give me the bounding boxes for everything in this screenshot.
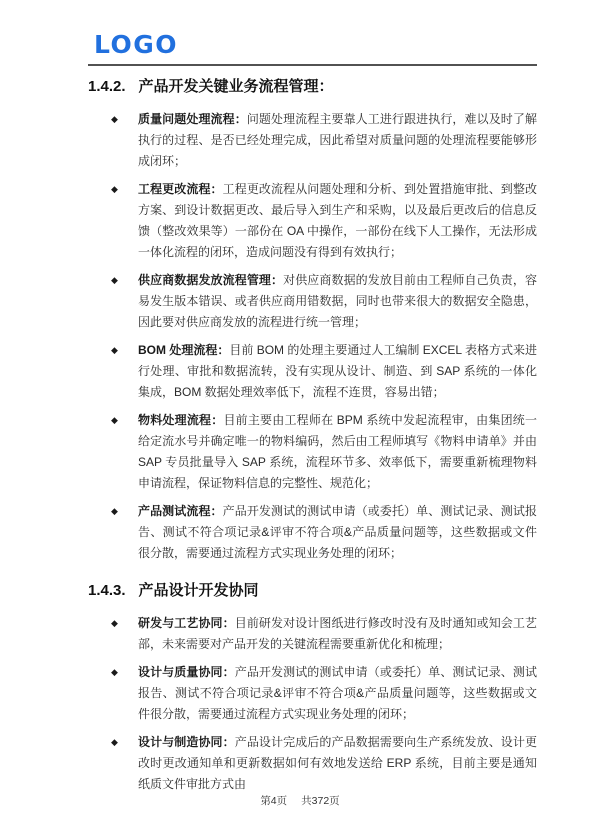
total-pages: 共372页 (301, 795, 340, 807)
section-number: 1.4.2. (88, 78, 126, 95)
list-item: ◆产品测试流程：产品开发测试的测试申请（或委托）单、测试记录、测试报告、测试不符… (88, 501, 537, 564)
diamond-bullet-icon: ◆ (111, 340, 118, 361)
diamond-bullet-icon: ◆ (111, 501, 118, 522)
list-item: ◆设计与制造协同：产品设计完成后的产品数据需要向生产系统发放、设计更改时更改通知… (88, 732, 537, 795)
diamond-bullet-icon: ◆ (111, 613, 118, 634)
list-item: ◆工程更改流程：工程更改流程从问题处理和分析、到处置措施审批、到整改方案、到设计… (88, 179, 537, 263)
list-item: ◆设计与质量协同：产品开发测试的测试申请（或委托）单、测试记录、测试报告、测试不… (88, 662, 537, 725)
diamond-bullet-icon: ◆ (111, 109, 118, 130)
bullet-term: 设计与制造协同： (138, 735, 235, 749)
bullet-term: 工程更改流程： (138, 182, 223, 196)
bullet-term: 质量问题处理流程： (138, 112, 247, 126)
bullet-term: BOM 处理流程： (138, 343, 229, 357)
list-item: ◆质量问题处理流程：问题处理流程主要靠人工进行跟进执行，难以及时了解执行的过程、… (88, 109, 537, 172)
list-item: ◆研发与工艺协同：目前研发对设计图纸进行修改时没有及时通知或知会工艺部，未来需要… (88, 613, 537, 655)
section-title: 产品设计开发协同 (139, 579, 259, 600)
bullet-term: 产品测试流程： (138, 504, 223, 518)
diamond-bullet-icon: ◆ (111, 179, 118, 200)
bullet-term: 设计与质量协同： (138, 665, 235, 679)
diamond-bullet-icon: ◆ (111, 732, 118, 753)
page-footer: 第4页共372页 (0, 793, 600, 808)
bullet-term: 研发与工艺协同： (138, 616, 235, 630)
page-header: LOGO (88, 0, 537, 66)
list-item: ◆物料处理流程：目前主要由工程师在 BPM 系统中发起流程审，由集团统一给定流水… (88, 410, 537, 494)
diamond-bullet-icon: ◆ (111, 410, 118, 431)
list-item: ◆供应商数据发放流程管理：对供应商数据的发放目前由工程师自己负责，容易发生版本错… (88, 270, 537, 333)
bullet-term: 供应商数据发放流程管理： (138, 273, 283, 287)
bullet-list-142: ◆质量问题处理流程：问题处理流程主要靠人工进行跟进执行，难以及时了解执行的过程、… (88, 109, 537, 564)
diamond-bullet-icon: ◆ (111, 270, 118, 291)
header-divider (88, 64, 537, 66)
document-page: LOGO 1.4.2. 产品开发关键业务流程管理： ◆质量问题处理流程：问题处理… (0, 0, 600, 829)
list-item: ◆BOM 处理流程：目前 BOM 的处理主要通过人工编制 EXCEL 表格方式来… (88, 340, 537, 403)
page-number: 第4页 (260, 795, 287, 807)
section-heading-143: 1.4.3. 产品设计开发协同 (88, 579, 537, 600)
page-content: 1.4.2. 产品开发关键业务流程管理： ◆质量问题处理流程：问题处理流程主要靠… (88, 72, 537, 802)
section-title: 产品开发关键业务流程管理： (139, 75, 334, 96)
bullet-list-143: ◆研发与工艺协同：目前研发对设计图纸进行修改时没有及时通知或知会工艺部，未来需要… (88, 613, 537, 795)
company-logo: LOGO (94, 30, 537, 59)
section-number: 1.4.3. (88, 582, 126, 599)
section-heading-142: 1.4.2. 产品开发关键业务流程管理： (88, 75, 537, 96)
diamond-bullet-icon: ◆ (111, 662, 118, 683)
bullet-term: 物料处理流程： (138, 413, 223, 427)
